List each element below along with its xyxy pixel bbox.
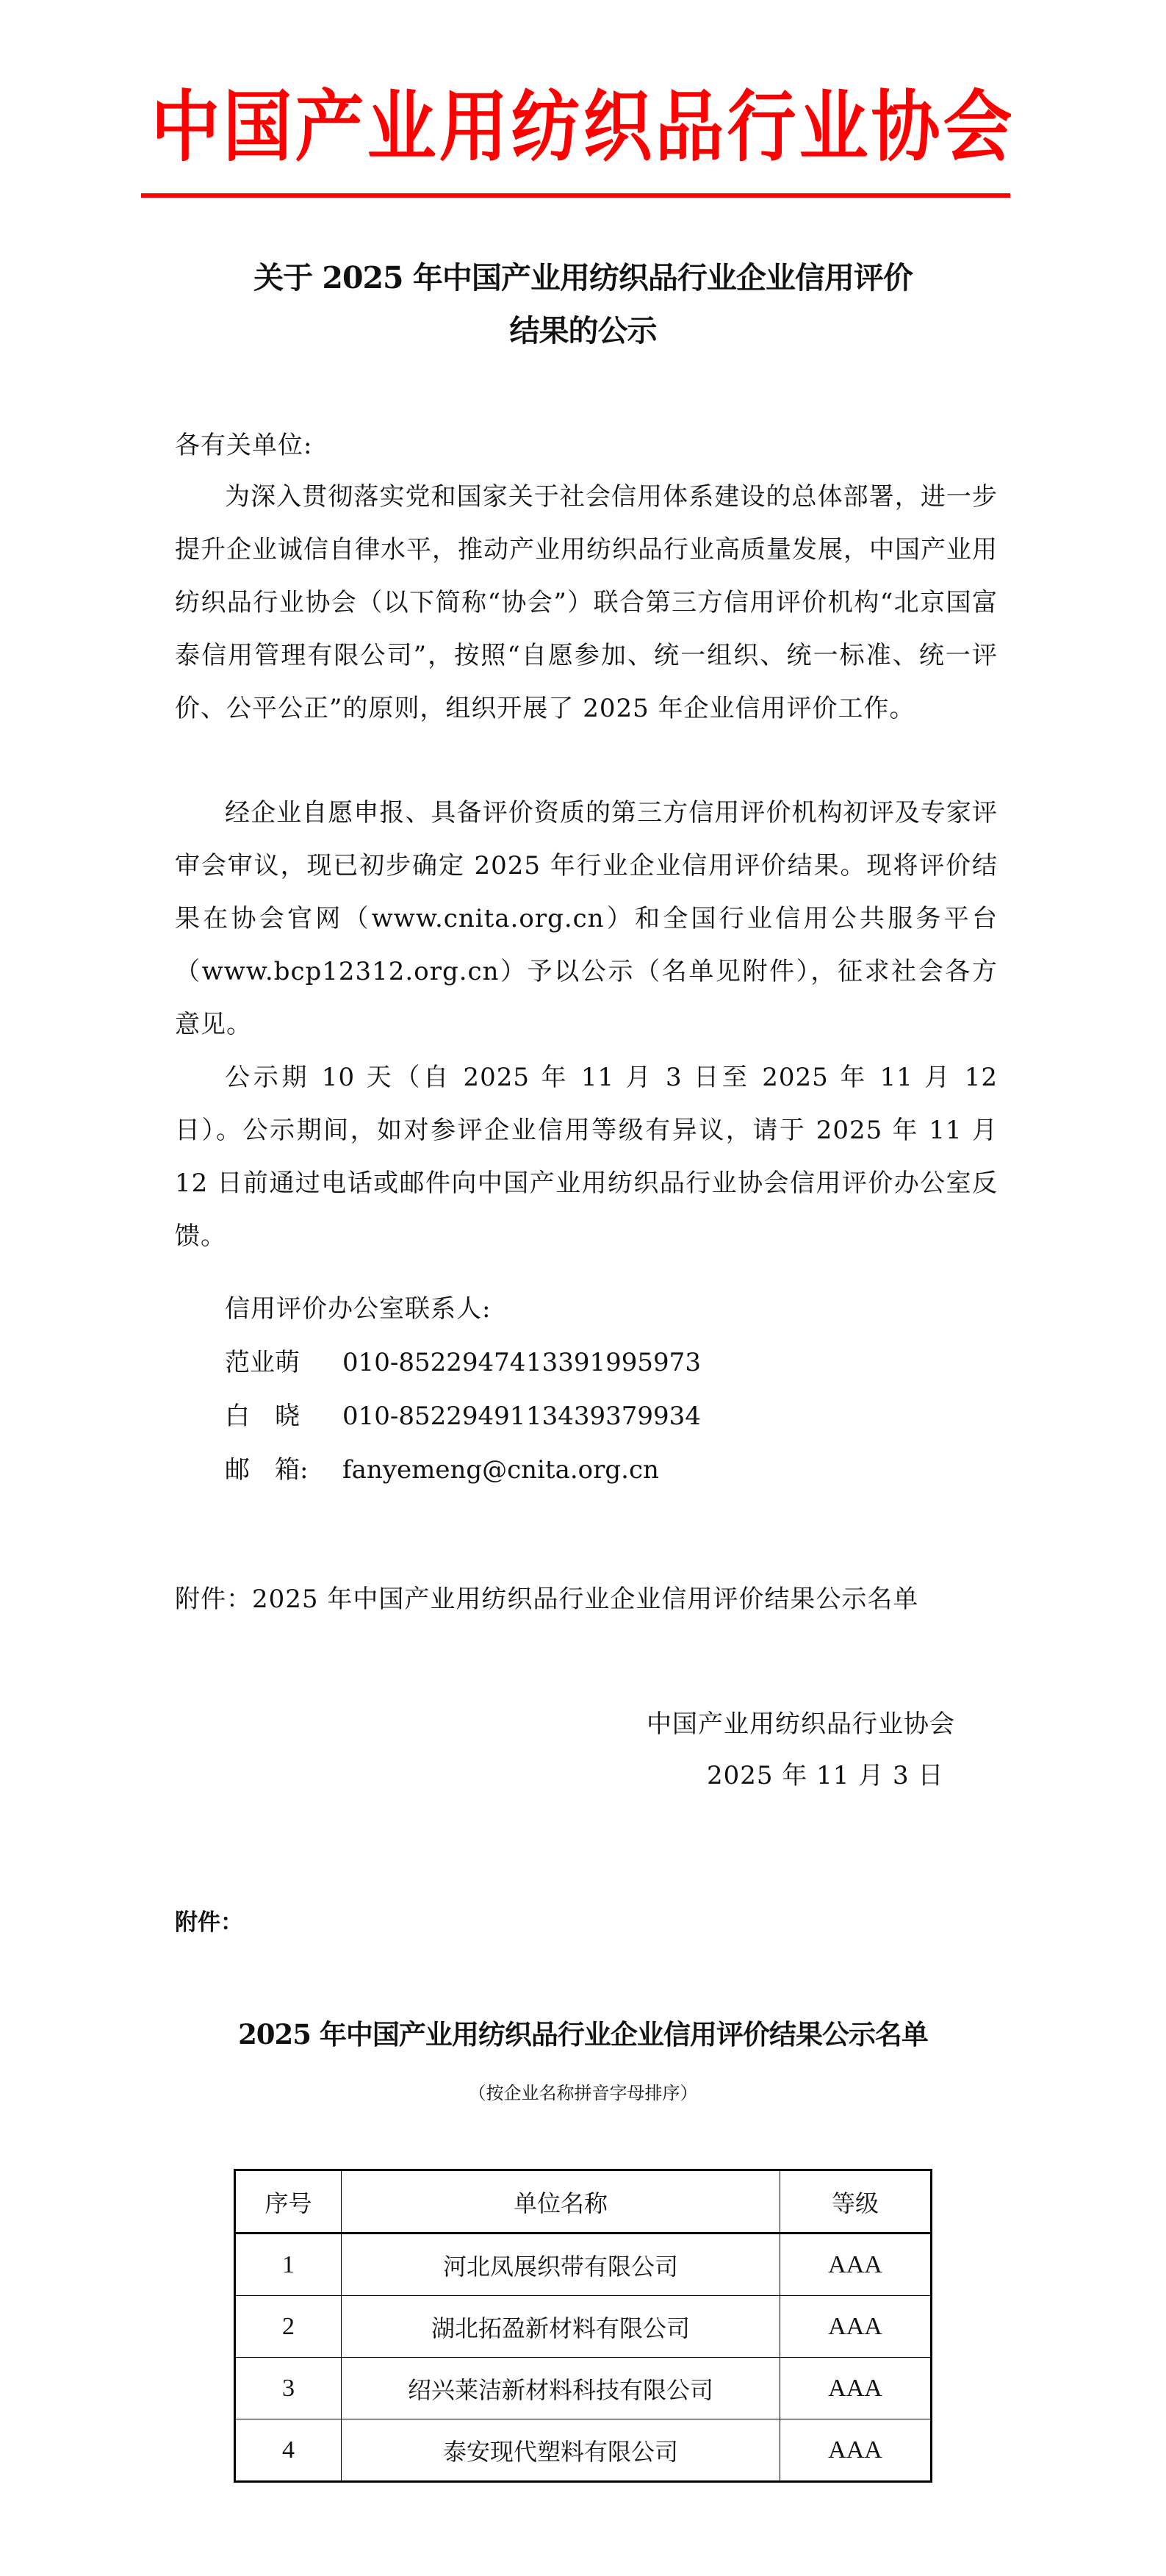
results-table: 序号 单位名称 等级 1 河北凤展织带有限公司 AAA 2 湖北拓盈新材料有限公…: [234, 2169, 932, 2483]
document-title: 关于 2025 年中国产业用纺织品行业企业信用评价 结果的公示: [147, 251, 1019, 357]
paragraph-results: 经企业自愿申报、具备评价资质的第三方信用评价机构初评及专家评审会审议，现已初步确…: [175, 786, 998, 1051]
cell-company-name: 湖北拓盈新材料有限公司: [342, 2296, 780, 2358]
contact-email-row: 邮 箱:fanyemeng@cnita.org.cn: [225, 1443, 659, 1496]
table-row: 3 绍兴莱洁新材料科技有限公司 AAA: [235, 2358, 932, 2419]
contact-mobile: 13391995973: [526, 1336, 701, 1389]
cell-serial-number: 3: [235, 2358, 342, 2419]
contact-mobile: 13439379934: [526, 1390, 701, 1443]
cell-grade: AAA: [780, 2419, 932, 2482]
contact-name: 范业萌: [225, 1336, 342, 1389]
table-row: 4 泰安现代塑料有限公司 AAA: [235, 2419, 932, 2482]
cell-company-name: 泰安现代塑料有限公司: [342, 2419, 780, 2482]
contact-name: 白 晓: [225, 1390, 342, 1443]
cell-grade: AAA: [780, 2358, 932, 2419]
header-serial-number: 序号: [235, 2170, 342, 2234]
attachment-reference: 附件：2025 年中国产业用纺织品行业企业信用评价结果公示名单: [175, 1573, 998, 1626]
cell-grade: AAA: [780, 2296, 932, 2358]
email-address[interactable]: fanyemeng@cnita.org.cn: [342, 1443, 659, 1496]
list-subtitle: （按企业名称拼音字母排序）: [147, 2078, 1019, 2104]
letterhead-red-rule: [141, 193, 1010, 198]
cell-grade: AAA: [780, 2234, 932, 2296]
email-label: 邮 箱:: [225, 1443, 342, 1496]
contact-phone: 010-85229491: [342, 1390, 526, 1443]
signature-organization: 中国产业用纺织品行业协会: [647, 1698, 1014, 1751]
contact-phone: 010-85229474: [342, 1336, 526, 1389]
header-company-name: 单位名称: [342, 2170, 780, 2234]
contact-row: 范业萌010-8522947413391995973: [225, 1336, 701, 1389]
attachment-label: 附件：: [175, 1904, 243, 1937]
table-row: 2 湖北拓盈新材料有限公司 AAA: [235, 2296, 932, 2358]
cell-serial-number: 1: [235, 2234, 342, 2296]
paragraph-objection-period: 公示期 10 天（自 2025 年 11 月 3 日至 2025 年 11 月 …: [175, 1051, 998, 1263]
salutation: 各有关单位:: [175, 419, 998, 472]
signature-date: 2025 年 11 月 3 日: [707, 1749, 1015, 1802]
table-header-row: 序号 单位名称 等级: [235, 2170, 932, 2234]
contact-row: 白 晓010-8522949113439379934: [225, 1390, 701, 1443]
header-grade: 等级: [780, 2170, 932, 2234]
cell-company-name: 河北凤展织带有限公司: [342, 2234, 780, 2296]
cell-serial-number: 2: [235, 2296, 342, 2358]
contacts-heading: 信用评价办公室联系人:: [225, 1282, 1048, 1335]
list-title: 2025 年中国产业用纺织品行业企业信用评价结果公示名单: [147, 2012, 1019, 2052]
document-title-line-1: 关于 2025 年中国产业用纺织品行业企业信用评价: [147, 251, 1019, 304]
cell-company-name: 绍兴莱洁新材料科技有限公司: [342, 2358, 780, 2419]
cell-serial-number: 4: [235, 2419, 342, 2482]
table-row: 1 河北凤展织带有限公司 AAA: [235, 2234, 932, 2296]
document-title-line-2: 结果的公示: [147, 304, 1019, 357]
paragraph-purpose: 为深入贯彻落实党和国家关于社会信用体系建设的总体部署，进一步提升企业诚信自律水平…: [175, 470, 998, 735]
letterhead-title: 中国产业用纺织品行业协会: [0, 82, 1166, 172]
